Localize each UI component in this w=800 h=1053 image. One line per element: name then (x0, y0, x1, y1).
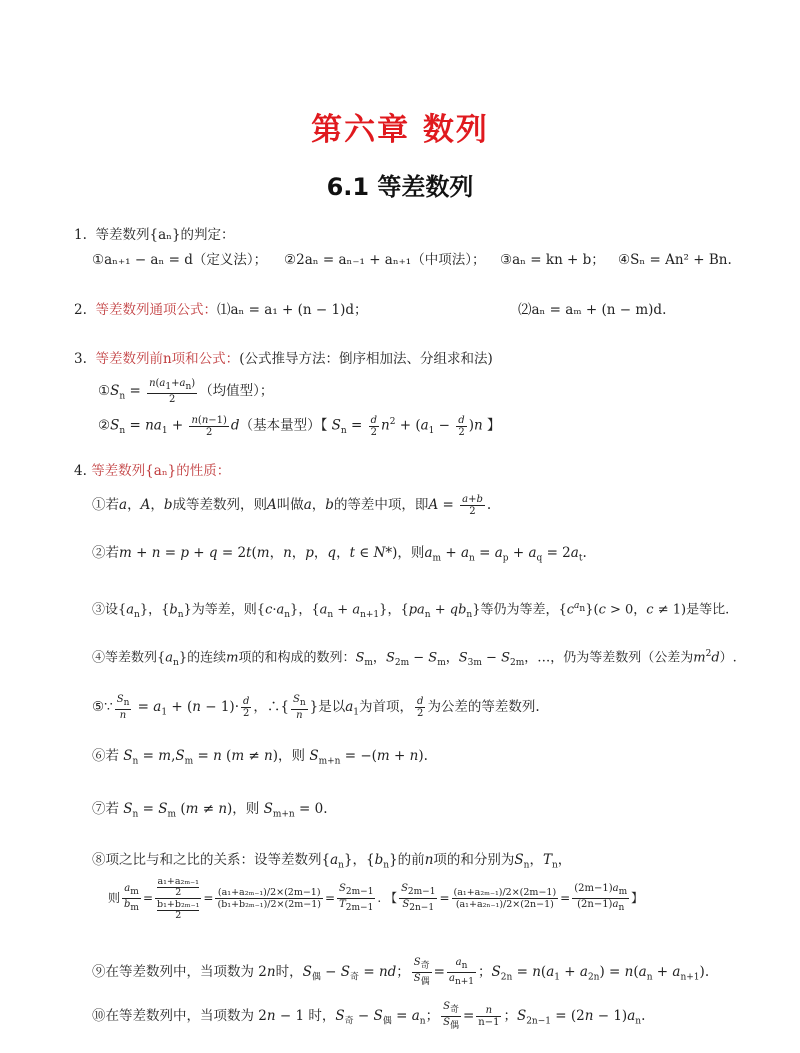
item-1-criterion-4: ④Sₙ = An² + Bn. (618, 251, 732, 269)
property-8-formula: 则ambm=a₁+a₂ₘ₋₁2b₁+b₂ₘ₋₁2=(a₁+a₂ₘ₋₁)/2×(2… (108, 876, 643, 921)
property-8: ⑧项之比与和之比的关系：设等差数列{an}，{bn}的前n项的和分别为Sn，Tn… (92, 851, 571, 875)
item-1-heading: 1. 等差数列{aₙ}的判定： (74, 226, 235, 244)
property-7: ⑦若 Sn = Sm (m ≠ n)，则 Sm+n = 0. (92, 800, 328, 824)
property-2: ②若m + n = p + q = 2t(m，n，p，q，t ∈ N*)，则am… (92, 544, 587, 568)
property-6: ⑥若 Sn = m,Sm = n (m ≠ n)，则 Sm+n = −(m + … (92, 747, 428, 771)
property-4: ④等差数列{an}的连续m项的和构成的数列：Sm，S2m − Sm，S3m − … (92, 645, 737, 672)
property-1: ①若a，A，b成等差数列，则A叫做a，b的等差中项，即A = a+b2. (92, 494, 491, 517)
property-10: ⑩在等差数列中，当项数为 2n − 1 时，S奇 − S偶 = an；S奇S偶=… (92, 1001, 645, 1032)
sum-formula-mean: ①Sn = n(a1+an)2（均值型）； (98, 378, 273, 406)
general-term-formula-1: ⑴aₙ = a₁ + (n − 1)d； (217, 302, 368, 318)
item-heading: 等差数列通项公式： (95, 302, 217, 318)
item-3-heading: 3. 等差数列前n项和公式：(公式推导方法：倒序相加法、分组求和法) (74, 350, 493, 368)
item-number: 2. (74, 302, 87, 318)
property-5: ⑤∵Snn = a1 + (n − 1)·d2，∴{Snn}是以a1为首项，d2… (92, 694, 540, 722)
item-2-heading: 2. 等差数列通项公式：⑴aₙ = a₁ + (n − 1)d； (74, 301, 367, 319)
item-number: 4. (74, 463, 87, 479)
property-9: ⑨在等差数列中，当项数为 2n时，S偶 − S奇 = nd；S奇S偶=anan+… (92, 957, 709, 988)
item-1-criterion-3: ③aₙ = kn + b； (500, 251, 605, 269)
section-title: 6.1 等差数列 (0, 167, 800, 202)
item-number: 1. (74, 227, 87, 243)
item-heading: 等差数列{aₙ}的判定： (95, 227, 234, 243)
derivation-note: (公式推导方法：倒序相加法、分组求和法) (239, 351, 493, 367)
property-3: ③设{an}，{bn}为等差，则{c·an}，{an + an+1}，{pan … (92, 597, 729, 624)
item-4-heading: 4. 等差数列{aₙ}的性质： (74, 462, 230, 480)
item-1-criterion-1: ①aₙ₊₁ − aₙ = d（定义法）； (92, 251, 267, 269)
chapter-title: 第六章 数列 (0, 104, 800, 149)
item-heading: 等差数列{aₙ}的性质： (91, 463, 230, 479)
item-number: 3. (74, 351, 87, 367)
item-heading: 等差数列前n项和公式： (95, 351, 239, 367)
item-1-criterion-2: ②2aₙ = aₙ₋₁ + aₙ₊₁（中项法）； (284, 251, 485, 269)
general-term-formula-2: ⑵aₙ = aₘ + (n − m)d. (518, 301, 666, 319)
sum-formula-basic: ②Sn = na1 + n(n−1)2d（基本量型）【 Sn = d2n2 + … (98, 413, 500, 440)
